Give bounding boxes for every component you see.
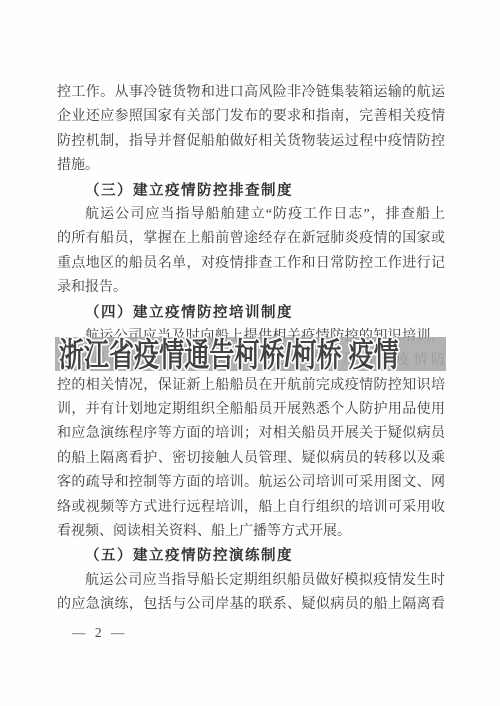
text-line: 训，并有计划地定期组织全船船员开展熟悉个人防护用品使用 xyxy=(57,398,445,422)
text-line: 控工作。从事冷链货物和进口高风险非冷链集装箱运输的航运 xyxy=(57,81,445,105)
text-line: 控的相关情况，保证新上船船员在开航前完成疫情防控知识培 xyxy=(57,374,445,398)
text-line: 和应急演练程序等方面的培训；对相关船员开展关于疑似病员 xyxy=(57,422,445,446)
text-line: 措施。 xyxy=(57,154,445,178)
section-heading: （五）建立疫情防控演练制度 xyxy=(57,544,445,568)
section-heading: （四）建立疫情防控培训制度 xyxy=(57,301,445,325)
text-line: 重点地区的船员名单，对疫情排查工作和日常防控工作进行记 xyxy=(57,252,445,276)
text-line: 客的疏导和控制等方面的培训。航运公司培训可采用图文、网 xyxy=(57,471,445,495)
text-line: 的应急演练，包括与公司岸基的联系、疑似病员的船上隔离看 xyxy=(57,593,445,617)
page-number: — 2 — xyxy=(72,625,128,641)
text-line: 航运公司应当指导船长定期组织船员做好模拟疫情发生时 xyxy=(57,569,445,593)
text-line: 企业还应参照国家有关部门发布的要求和指南，完善相关疫情 xyxy=(57,105,445,129)
text-line: 看视频、阅读相关资料、船上广播等方式开展。 xyxy=(57,520,445,544)
text-line: 的所有船员，掌握在上船前曾途经存在新冠肺炎疫情的国家或 xyxy=(57,227,445,251)
watermark-overlay: 浙江省疫情通告柯桥/柯桥 疫情 xyxy=(55,337,446,371)
text-line: 的船上隔离看护、密切接触人员管理、疑似病员的转移以及乘 xyxy=(57,447,445,471)
watermark-text: 浙江省疫情通告柯桥/柯桥 疫情 xyxy=(55,329,399,376)
scanned-document-page: 控工作。从事冷链货物和进口高风险非冷链集装箱运输的航运企业还应参照国家有关部门发… xyxy=(0,0,500,706)
text-line: 航运公司应当指导船舶建立“防疫工作日志”，排查船上 xyxy=(57,203,445,227)
section-heading: （三）建立疫情防控排查制度 xyxy=(57,179,445,203)
text-line: 录和报告。 xyxy=(57,276,445,300)
text-line: 防控机制，指导并督促船舶做好相关货物装运过程中疫情防控 xyxy=(57,130,445,154)
text-line: 络或视频等方式进行远程培训，船上自行组织的培训可采用收 xyxy=(57,496,445,520)
